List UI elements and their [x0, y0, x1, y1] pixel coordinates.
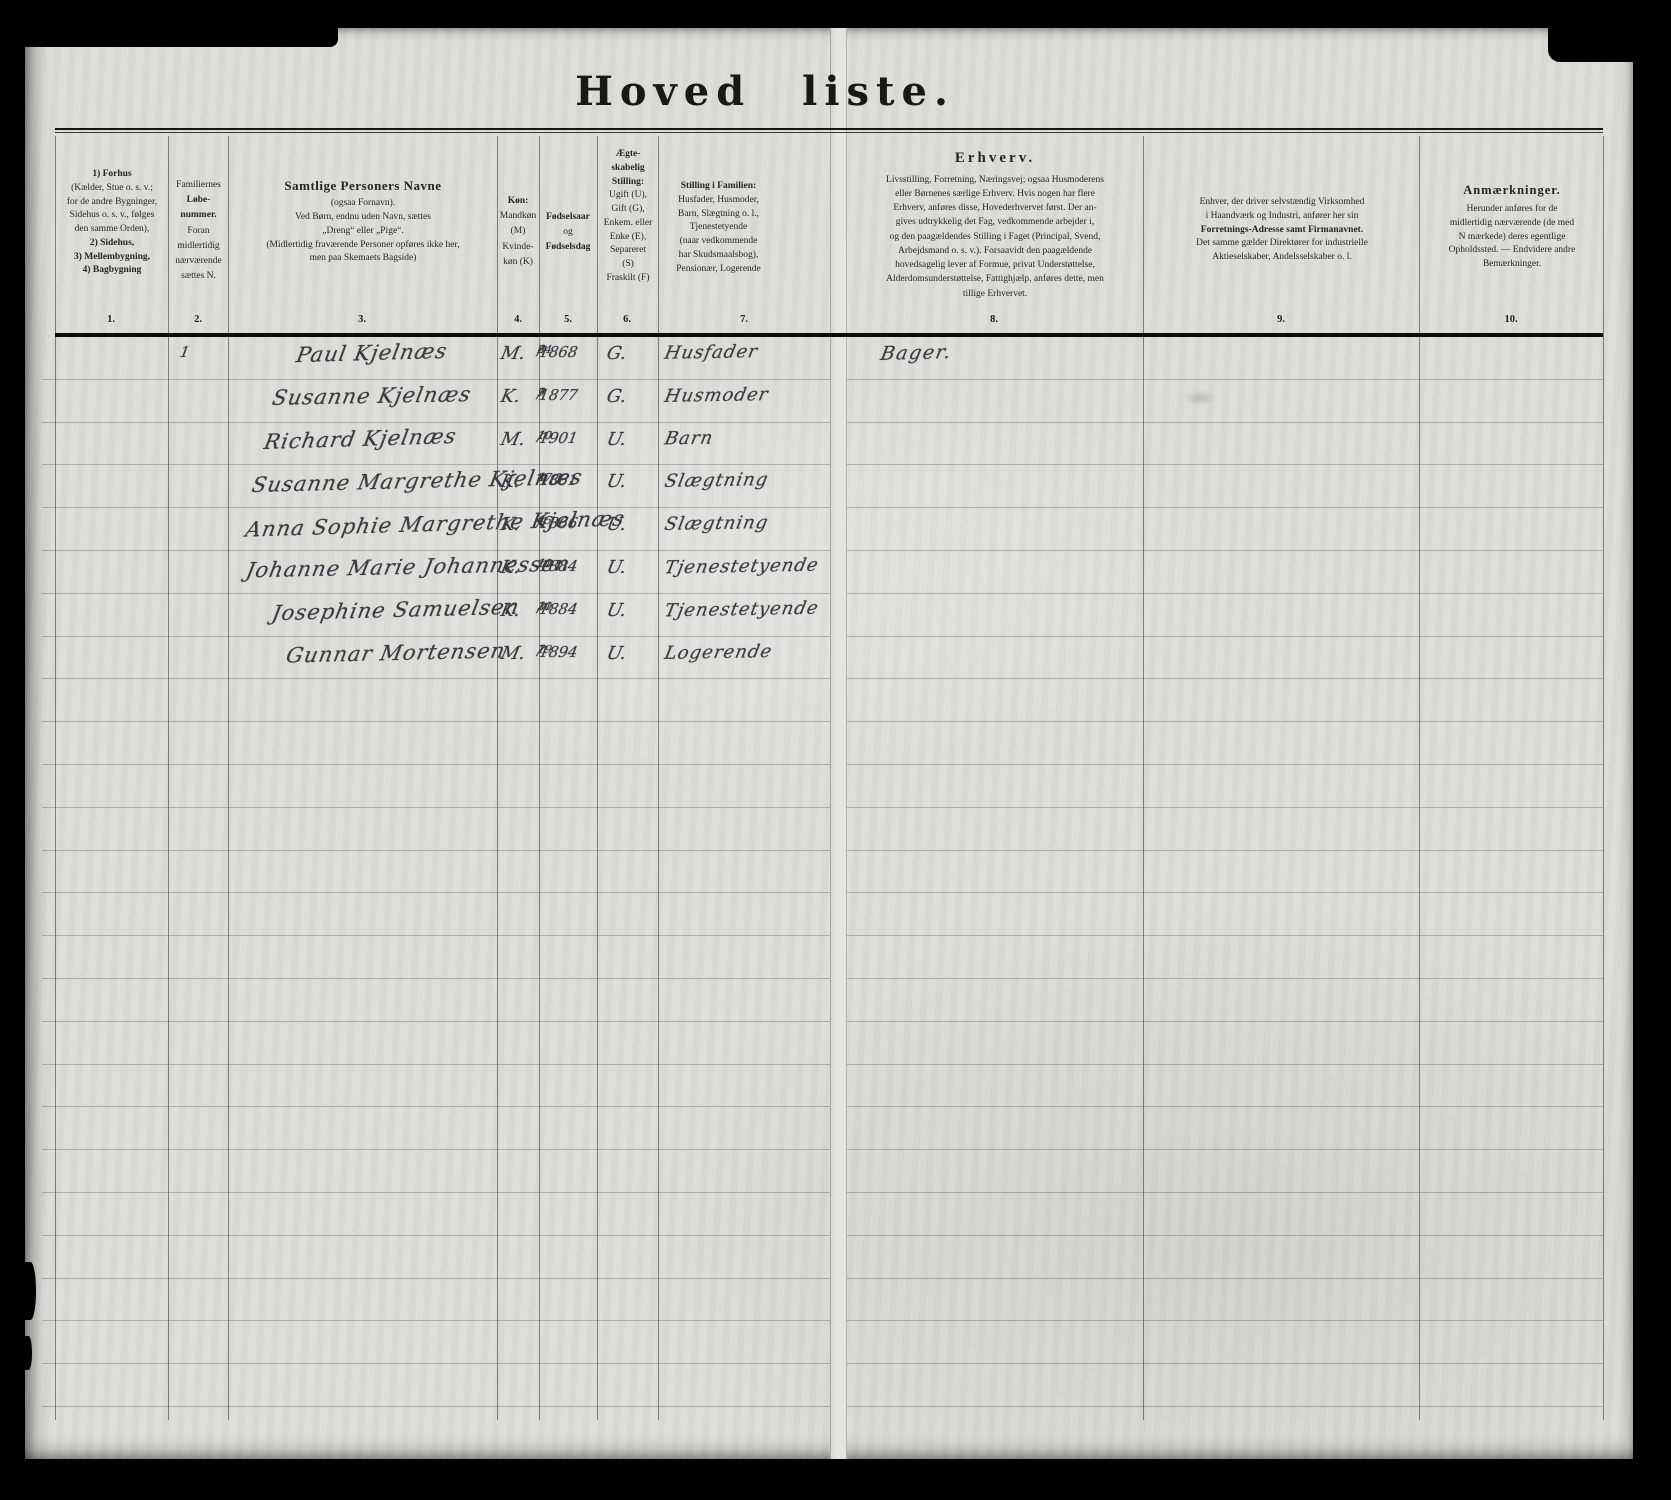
header-line: N mærkede) deres egentlige	[1423, 231, 1601, 245]
entry-birth-year: 1901	[538, 429, 579, 447]
entry-family-position: Tjenestetyende	[663, 597, 821, 621]
column-number-8: 8.	[990, 314, 998, 325]
entry-marital-status: U.	[605, 514, 629, 535]
header-line: Det samme gælder Direktører for industri…	[1147, 237, 1417, 251]
header-line: Mandkøn	[498, 209, 538, 224]
header-line: og den paagældendes Stilling i Faget (Pr…	[849, 230, 1141, 244]
entry-birth-year: 1884	[538, 600, 579, 618]
column-header-10: Anmærkninger.Herunder anføres for demidl…	[1423, 178, 1601, 272]
header-line: Pensionær, Logerende	[660, 263, 777, 277]
pencil-smudge	[1183, 390, 1217, 406]
header-line: skabelig	[599, 162, 657, 176]
header-double-rule-top	[55, 128, 1603, 130]
row-line	[42, 507, 1603, 508]
header-line: gives udtrykkelig det Fag, vedkommende a…	[849, 215, 1141, 229]
scan-background: { "page_title": "Hoved liste.", "date_se…	[0, 0, 1671, 1500]
header-line: Fødselsdag	[540, 240, 596, 255]
column-number-7: 7.	[740, 314, 748, 325]
header-line: Ægte-	[599, 148, 657, 162]
header-line: (S)	[599, 258, 657, 272]
entry-marital-status: U.	[605, 429, 629, 450]
entry-family-position: Husfader	[663, 341, 760, 364]
entry-marital-status: U.	[605, 600, 629, 621]
entry-birth-year: 1866	[538, 514, 579, 532]
row-line	[42, 1278, 1603, 1279]
header-line: i Haandværk og Industri, anfører her sin	[1147, 210, 1417, 224]
entry-sex: M.	[499, 643, 528, 664]
entry-family-number: 1	[178, 343, 191, 361]
header-line: „Dreng“ eller „Pige“.	[231, 225, 495, 239]
column-line	[228, 136, 229, 1420]
entry-name: Richard Kjelnæs	[262, 424, 458, 454]
row-line	[42, 1406, 1603, 1407]
header-line: Fødselsaar	[540, 210, 596, 225]
header-line: den samme Orden),	[57, 223, 167, 237]
header-line: (ogsaa Fornavn).	[231, 197, 495, 211]
header-line: Herunder anføres for de	[1423, 203, 1601, 217]
header-line: Gift (G),	[599, 203, 657, 217]
column-header-7: Stilling i Familien:Husfader, Husmoder,B…	[660, 180, 777, 276]
header-line: 3) Mellembygning,	[57, 251, 167, 265]
column-header-5: FødselsaarogFødselsdag	[540, 210, 596, 256]
header-line: Alderdomsunderstøttelse, Fattighjælp, an…	[849, 272, 1141, 286]
paper: Hoved liste. 1) Forhus(Kælder, Stue o. s…	[25, 28, 1633, 1459]
row-line	[42, 1149, 1603, 1150]
header-line: Samtlige Personers Navne	[231, 174, 495, 197]
column-header-1: 1) Forhus(Kælder, Stue o. s. v.;for de a…	[57, 168, 167, 278]
row-line	[42, 1363, 1603, 1364]
entry-sex: K.	[499, 386, 523, 407]
entry-sex: M.	[499, 429, 528, 450]
header-line: men paa Skemaets Bagside)	[231, 252, 495, 266]
column-line	[55, 136, 56, 1420]
header-line: (Midlertidig fraværende Personer opføres…	[231, 239, 495, 253]
header-line: Foran	[170, 224, 227, 239]
header-line: nummer.	[170, 208, 227, 223]
row-line	[42, 550, 1603, 551]
header-line: Køn:	[498, 194, 538, 209]
row-line	[42, 464, 1603, 465]
entry-name: Susanne Kjelnæs	[270, 382, 473, 410]
row-line	[42, 1064, 1603, 1065]
header-line: har Skudsmaalsbog),	[660, 249, 777, 263]
row-line	[42, 807, 1603, 808]
header-line: Løbe-	[170, 193, 227, 208]
header-line: Familiernes	[170, 178, 227, 193]
column-header-2: FamiliernesLøbe-nummer.Foranmidlertidign…	[170, 178, 227, 284]
header-line: midlertidig	[170, 239, 227, 254]
entry-birth-year: 1868	[538, 343, 579, 361]
header-line: Erhverv.	[849, 144, 1141, 173]
row-line	[42, 678, 1603, 679]
header-line: Husfader, Husmoder,	[660, 194, 777, 208]
header-line: Stilling:	[599, 176, 657, 190]
entry-family-position: Barn	[663, 427, 715, 449]
header-bottom-rule	[55, 333, 1603, 337]
header-line: Ugift (U),	[599, 189, 657, 203]
column-line	[1419, 136, 1420, 1420]
entry-birth-year: 1861	[538, 471, 579, 489]
row-line	[42, 1235, 1603, 1236]
column-number-4: 4.	[514, 314, 522, 325]
entry-name: Susanne Margrethe Kjelnæs	[250, 465, 585, 497]
entry-name: Josephine Samuelsen	[270, 595, 522, 625]
header-line: midlertidig nærværende (de med	[1423, 217, 1601, 231]
header-line: Bemærkninger.	[1423, 258, 1601, 272]
entry-family-position: Husmoder	[663, 384, 771, 407]
header-line: Sidehus o. s. v., følges	[57, 209, 167, 223]
header-line: 2) Sidehus,	[57, 237, 167, 251]
row-line	[42, 850, 1603, 851]
page-title: Hoved liste.	[465, 68, 1065, 115]
header-line: 4) Bagbygning	[57, 264, 167, 278]
row-line	[42, 978, 1603, 979]
header-line: nærværende	[170, 254, 227, 269]
entry-family-position: Slægtning	[663, 512, 771, 535]
entry-marital-status: U.	[605, 471, 629, 492]
entry-birth-year: 1877	[538, 386, 579, 404]
column-line	[539, 136, 540, 1420]
scan-edge-top-right	[1548, 0, 1671, 62]
header-line: Aktieselskaber, Andelsselskaber o. l.	[1147, 251, 1417, 265]
header-line: Opholdssted. — Endvidere andre	[1423, 244, 1601, 258]
scan-edge-top-left	[0, 0, 338, 47]
column-line	[1603, 136, 1604, 1420]
column-number-2: 2.	[194, 314, 202, 325]
column-header-4: Køn:Mandkøn(M)Kvinde-køn (K)	[498, 194, 538, 270]
header-line: Ved Børn, endnu uden Navn, sættes	[231, 211, 495, 225]
entry-family-position: Slægtning	[663, 469, 771, 492]
header-line: køn (K)	[498, 255, 538, 270]
entry-sex: M.	[499, 343, 528, 364]
header-line: Kvinde-	[498, 240, 538, 255]
column-header-3: Samtlige Personers Navne(ogsaa Fornavn).…	[231, 174, 495, 266]
row-line	[42, 1192, 1603, 1193]
header-line: eller Børnenes særlige Erhverv. Hvis nog…	[849, 187, 1141, 201]
column-header-9: Enhver, der driver selvstændig Virksomhe…	[1147, 196, 1417, 265]
row-line	[42, 1106, 1603, 1107]
row-line	[42, 636, 1603, 637]
scan-edge-nick	[25, 1336, 32, 1370]
row-line	[42, 764, 1603, 765]
header-line: Erhverv, anføres disse, Hovederhvervet f…	[849, 201, 1141, 215]
column-header-6: Ægte-skabeligStilling:Ugift (U),Gift (G)…	[599, 148, 657, 286]
column-number-9: 9.	[1277, 314, 1285, 325]
entry-marital-status: G.	[605, 343, 629, 364]
header-line: (M)	[498, 224, 538, 239]
fold-crease	[830, 28, 847, 1459]
row-line	[42, 422, 1603, 423]
entry-birth-year: 1884	[538, 557, 579, 575]
header-line: Livsstilling, Forretning, Næringsvej; og…	[849, 173, 1141, 187]
row-line	[42, 935, 1603, 936]
entry-marital-status: U.	[605, 557, 629, 578]
column-line	[1143, 136, 1144, 1420]
header-line: Stilling i Familien:	[660, 180, 777, 194]
header-line: 1) Forhus	[57, 168, 167, 182]
header-line: hovedsagelig lever af Formue, privat Und…	[849, 258, 1141, 272]
header-line: Enkem. eller	[599, 217, 657, 231]
row-line	[42, 892, 1603, 893]
header-line: tillige Erhvervet.	[849, 287, 1141, 301]
entry-family-position: Logerende	[663, 641, 774, 664]
column-line	[497, 136, 498, 1420]
column-number-6: 6.	[623, 314, 631, 325]
row-line	[42, 721, 1603, 722]
header-line: og	[540, 225, 596, 240]
header-line: Forretnings-Adresse samt Firmanavnet.	[1147, 224, 1417, 238]
entry-marital-status: U.	[605, 643, 629, 664]
column-header-8: Erhverv.Livsstilling, Forretning, Næring…	[849, 144, 1141, 301]
header-line: Tjenestetyende	[660, 221, 777, 235]
header-line: Fraskilt (F)	[599, 272, 657, 286]
row-line	[42, 1320, 1603, 1321]
header-line: Anmærkninger.	[1423, 178, 1601, 203]
header-line: (Kælder, Stue o. s. v.;	[57, 182, 167, 196]
header-line: (naar vedkommende	[660, 235, 777, 249]
column-line	[168, 136, 169, 1420]
header-double-rule-bottom	[55, 132, 1603, 133]
entry-birth-year: 1894	[538, 643, 579, 661]
scan-edge-nick	[25, 1262, 36, 1320]
column-number-5: 5.	[564, 314, 572, 325]
entry-marital-status: G.	[605, 386, 629, 407]
column-line	[658, 136, 659, 1420]
column-number-1: 1.	[107, 314, 115, 325]
header-line: Enhver, der driver selvstændig Virksomhe…	[1147, 196, 1417, 210]
row-line	[42, 593, 1603, 594]
header-line: for de andre Bygninger,	[57, 196, 167, 210]
entry-name: Gunnar Mortensen	[284, 638, 507, 667]
column-line	[597, 136, 598, 1420]
header-line: Enke (E),	[599, 231, 657, 245]
header-line: Separeret	[599, 244, 657, 258]
header-line: Arbejdsmand o. s. v.). Forsaavidt den pa…	[849, 244, 1141, 258]
column-number-10: 10.	[1504, 314, 1517, 325]
header-line: Barn, Slægtning o. l.,	[660, 208, 777, 222]
entry-sex: K.	[499, 600, 523, 621]
row-line	[42, 1021, 1603, 1022]
row-line	[42, 379, 1603, 380]
entry-occupation: Bager.	[879, 341, 954, 365]
entry-name: Johanne Marie Johannessen	[244, 552, 572, 583]
entry-name: Paul Kjelnæs	[294, 339, 449, 367]
entry-family-position: Tjenestetyende	[663, 555, 821, 579]
column-number-3: 3.	[358, 314, 366, 325]
header-line: sættes N.	[170, 269, 227, 284]
